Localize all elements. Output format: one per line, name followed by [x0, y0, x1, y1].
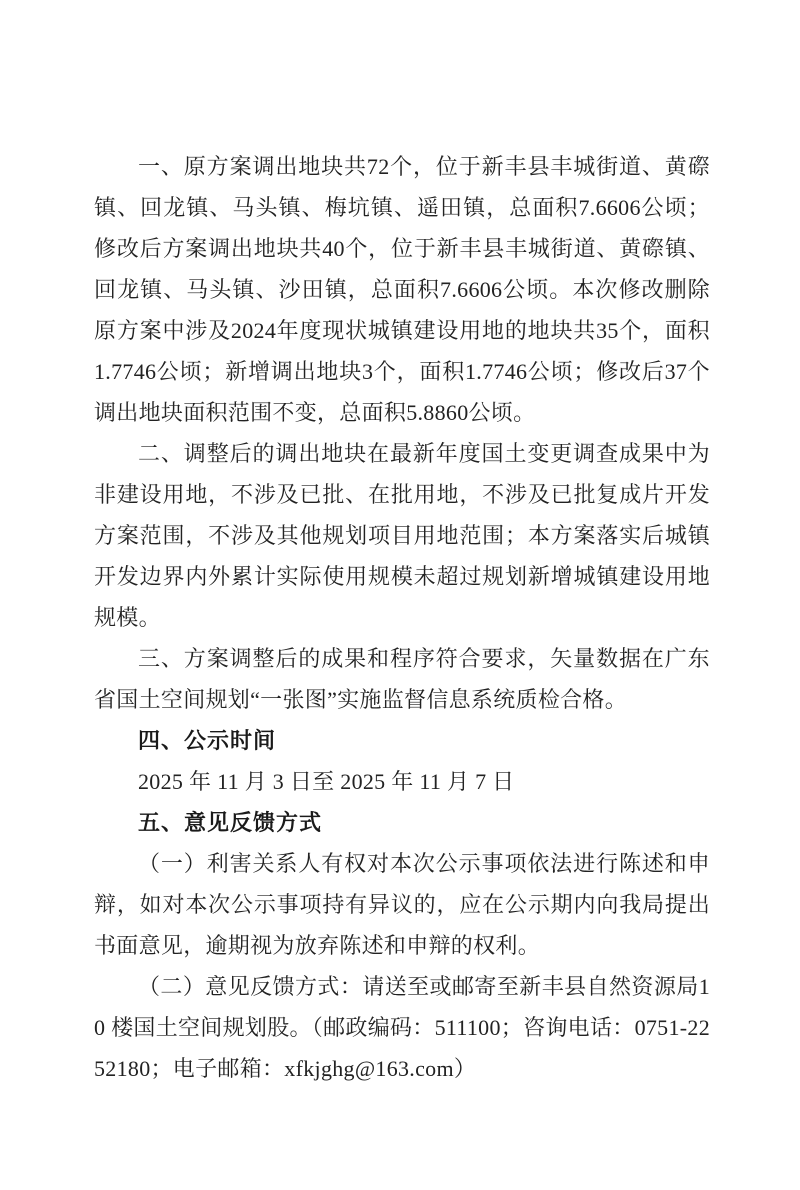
publicity-period: 2025 年 11 月 3 日至 2025 年 11 月 7 日: [94, 761, 710, 802]
document-page: 一、原方案调出地块共72个，位于新丰县丰城街道、黄磜镇、回龙镇、马头镇、梅坑镇、…: [0, 0, 800, 1190]
heading-feedback-method: 五、意见反馈方式: [94, 802, 710, 843]
paragraph-feedback-rights: （一）利害关系人有权对本次公示事项依法进行陈述和申辩，如对本次公示事项持有异议的…: [94, 843, 710, 966]
heading-publicity-time: 四、公示时间: [94, 720, 710, 761]
paragraph-plots-adjusted: 一、原方案调出地块共72个，位于新丰县丰城街道、黄磜镇、回龙镇、马头镇、梅坑镇、…: [94, 146, 710, 433]
paragraph-compliance: 二、调整后的调出地块在最新年度国土变更调查成果中为非建设用地，不涉及已批、在批用…: [94, 433, 710, 638]
notice-body: 一、原方案调出地块共72个，位于新丰县丰城街道、黄磜镇、回龙镇、马头镇、梅坑镇、…: [94, 146, 710, 1089]
paragraph-feedback-address: （二）意见反馈方式：请送至或邮寄至新丰县自然资源局10 楼国土空间规划股。（邮政…: [94, 966, 710, 1089]
paragraph-quality-check: 三、方案调整后的成果和程序符合要求，矢量数据在广东省国土空间规划“一张图”实施监…: [94, 638, 710, 720]
